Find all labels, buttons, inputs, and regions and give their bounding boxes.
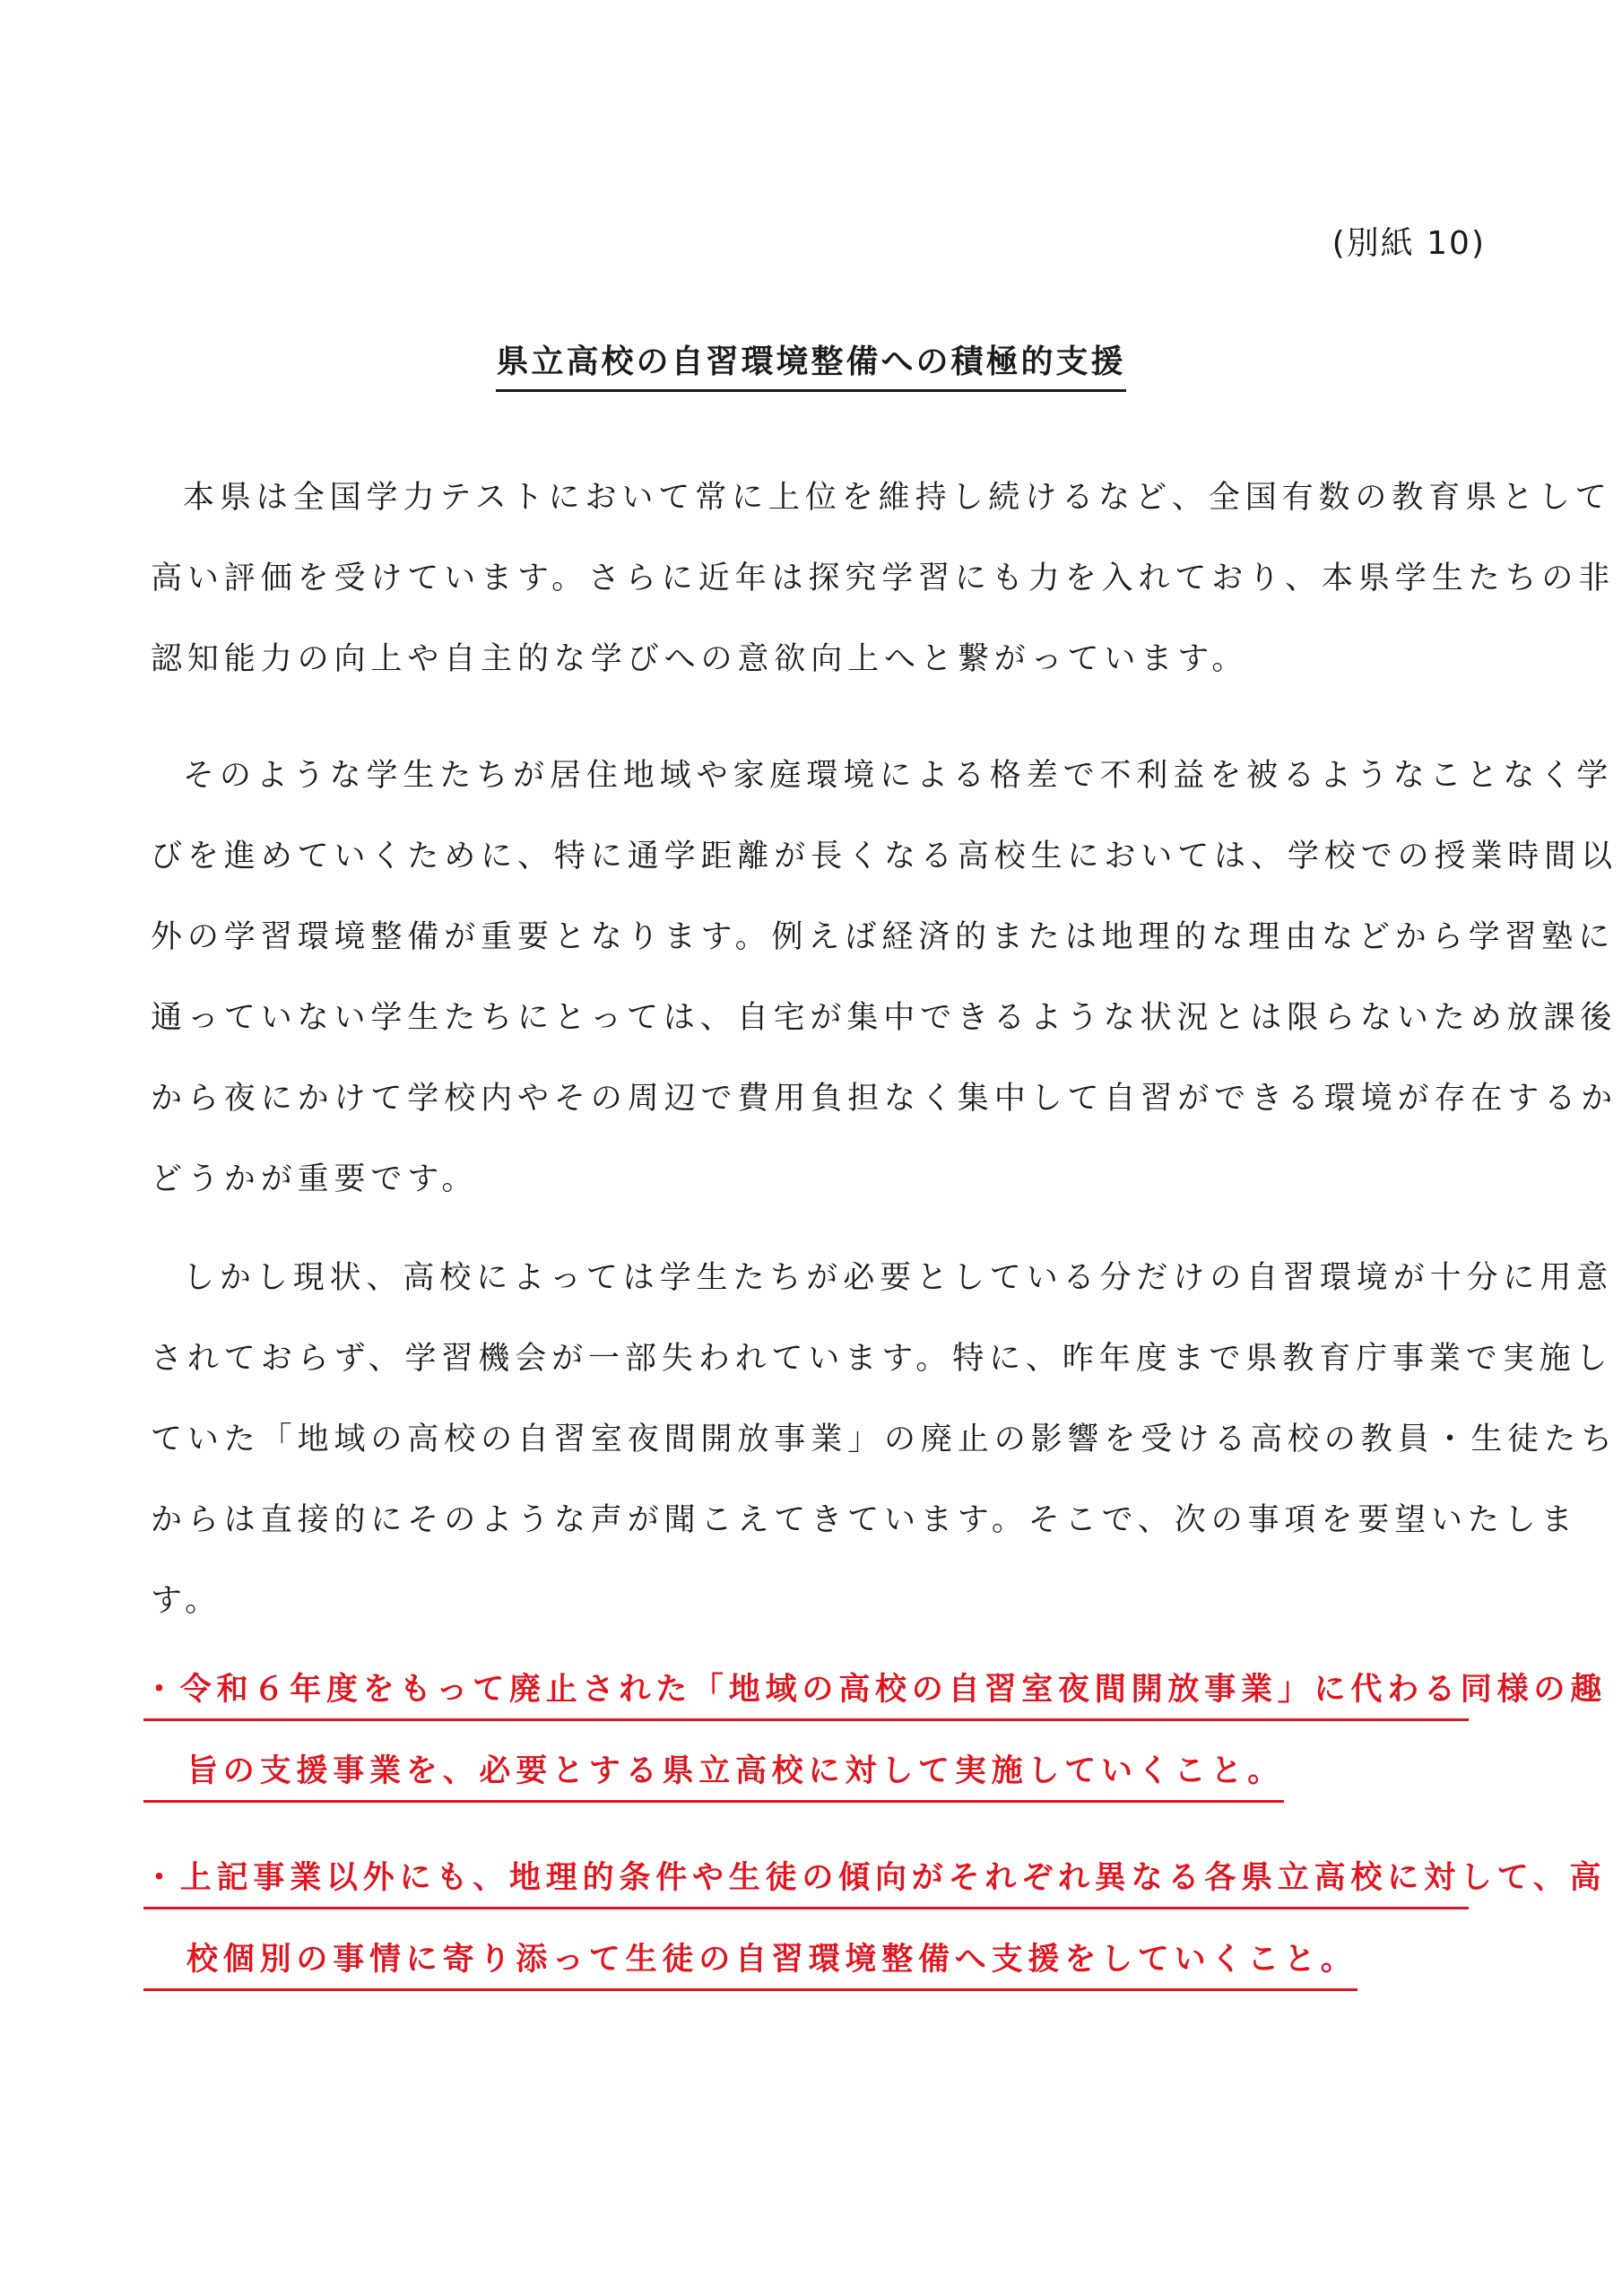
request-item-2: ・上記事業以外にも、地理的条件や生徒の傾向がそれぞれ異なる各県立高校に対して、高…	[143, 1855, 1470, 2018]
request-line: ・令和６年度をもって廃止された「地域の高校の自習室夜間開放事業」に代わる同様の趣	[143, 1666, 1469, 1721]
paragraph-line: ていた「地域の高校の自習室夜間開放事業」の廃止の影響を受ける高校の教員・生徒たち	[151, 1399, 1469, 1480]
paragraph-line: からは直接的にそのような声が聞こえてきています。そこで、次の事項を要望いたしま	[151, 1480, 1469, 1561]
paragraph-line: から夜にかけて学校内やその周辺で費用負担なく集中して自習ができる環境が存在するか	[151, 1058, 1469, 1139]
paragraph-line: 外の学習環境整備が重要となります。例えば経済的または地理的な理由などから学習塾に	[151, 897, 1469, 978]
paragraph-line: しかし現状、高校によっては学生たちが必要としている分だけの自習環境が十分に用意	[151, 1238, 1469, 1318]
document-title: 県立高校の自習環境整備への積極的支援	[496, 341, 1125, 392]
paragraph-line: す。	[151, 1561, 1469, 1641]
paragraph-line: 本県は全国学力テストにおいて常に上位を維持し続けるなど、全国有数の教育県として	[151, 457, 1469, 538]
request-continuation: 校個別の事情に寄り添って生徒の自習環境整備へ支援をしていくこと。	[143, 1936, 1470, 2018]
request-line: 校個別の事情に寄り添って生徒の自習環境整備へ支援をしていくこと。	[143, 1936, 1357, 1991]
request-item-1: ・令和６年度をもって廃止された「地域の高校の自習室夜間開放事業」に代わる同様の趣…	[143, 1666, 1470, 1830]
document-page: (別紙 10) 県立高校の自習環境整備への積極的支援 本県は全国学力テストにおい…	[0, 0, 1622, 2296]
request-continuation: 旨の支援事業を、必要とする県立高校に対して実施していくこと。	[143, 1748, 1470, 1830]
paragraph-line: 高い評価を受けています。さらに近年は探究学習にも力を入れており、本県学生たちの非	[151, 538, 1469, 619]
request-line: 旨の支援事業を、必要とする県立高校に対して実施していくこと。	[143, 1748, 1284, 1803]
title-container: 県立高校の自習環境整備への積極的支援	[0, 341, 1622, 392]
paragraph-line: どうかが重要です。	[151, 1139, 1469, 1220]
paragraph-line: 認知能力の向上や自主的な学びへの意欲向上へと繋がっています。	[151, 619, 1469, 700]
paragraph-3: しかし現状、高校によっては学生たちが必要としている分だけの自習環境が十分に用意 …	[151, 1238, 1469, 1641]
paragraph-line: されておらず、学習機会が一部失われています。特に、昨年度まで県教育庁事業で実施し	[151, 1318, 1469, 1399]
paragraph-line: 通っていない学生たちにとっては、自宅が集中できるような状況とは限らないため放課後	[151, 978, 1469, 1058]
paragraph-line: びを進めていくために、特に通学距離が長くなる高校生においては、学校での授業時間以	[151, 816, 1469, 897]
attachment-label: (別紙 10)	[1332, 222, 1486, 265]
request-line: ・上記事業以外にも、地理的条件や生徒の傾向がそれぞれ異なる各県立高校に対して、高	[143, 1855, 1469, 1909]
paragraph-line: そのような学生たちが居住地域や家庭環境による格差で不利益を被るようなことなく学	[151, 735, 1469, 816]
paragraph-1: 本県は全国学力テストにおいて常に上位を維持し続けるなど、全国有数の教育県として …	[151, 457, 1469, 700]
paragraph-2: そのような学生たちが居住地域や家庭環境による格差で不利益を被るようなことなく学 …	[151, 735, 1469, 1220]
